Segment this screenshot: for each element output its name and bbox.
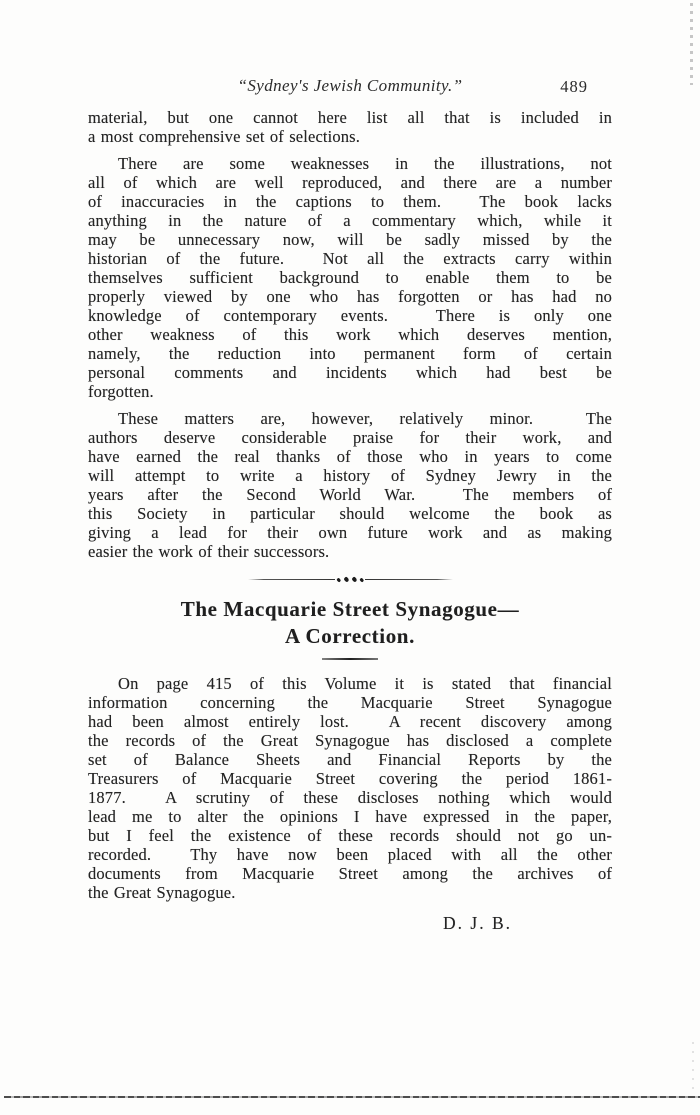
text-line: 1877. A scrutiny of these discloses noth… xyxy=(88,788,612,807)
scan-right-edge-artifact-bottom xyxy=(692,1042,694,1092)
text-line: recorded. Thy have now been placed with … xyxy=(88,845,612,864)
text-line: lead me to alter the opinions I have exp… xyxy=(88,807,612,826)
review-section-body: material, but one cannot here list all t… xyxy=(88,108,612,561)
heading-rule xyxy=(322,658,378,660)
text-line: easier the work of their successors. xyxy=(88,542,612,561)
text-line: may be unnecessary now, will be sadly mi… xyxy=(88,230,612,249)
text-line: information concerning the Macquarie Str… xyxy=(88,693,612,712)
section-divider-ornament xyxy=(248,576,453,583)
running-title: “Sydney's Jewish Community.” xyxy=(238,76,463,95)
divider-line-left xyxy=(248,579,336,580)
paragraph: There are some weaknesses in the illustr… xyxy=(88,154,612,401)
divider-dots xyxy=(337,577,363,582)
text-line: all of which are well reproduced, and th… xyxy=(88,173,612,192)
text-line: personal comments and incidents which ha… xyxy=(88,363,612,382)
text-line: this Society in particular should welcom… xyxy=(88,504,612,523)
text-line: will attempt to write a history of Sydne… xyxy=(88,466,612,485)
divider-line-right xyxy=(365,579,453,580)
running-head: “Sydney's Jewish Community.” 489 xyxy=(88,76,612,96)
text-line: anything in the nature of a commentary w… xyxy=(88,211,612,230)
text-line: had been almost entirely lost. A recent … xyxy=(88,712,612,731)
text-line: but I feel the existence of these record… xyxy=(88,826,612,845)
text-line: have earned the real thanks of those who… xyxy=(88,447,612,466)
paragraph: On page 415 of this Volume it is stated … xyxy=(88,674,612,902)
text-line: years after the Second World War. The me… xyxy=(88,485,612,504)
text-line: the records of the Great Synagogue has d… xyxy=(88,731,612,750)
section-heading: The Macquarie Street Synagogue— A Correc… xyxy=(88,596,612,660)
text-line: forgotten. xyxy=(88,382,612,401)
text-line: of inaccuracies in the captions to them.… xyxy=(88,192,612,211)
text-line: themselves sufficient background to enab… xyxy=(88,268,612,287)
scan-right-edge-artifact-top xyxy=(690,3,693,85)
text-line: namely, the reduction into permanent for… xyxy=(88,344,612,363)
text-line: giving a lead for their own future work … xyxy=(88,523,612,542)
text-line: Treasurers of Macquarie Street covering … xyxy=(88,769,612,788)
text-line: set of Balance Sheets and Financial Repo… xyxy=(88,750,612,769)
text-line: authors deserve considerable praise for … xyxy=(88,428,612,447)
text-line: historian of the future. Not all the ext… xyxy=(88,249,612,268)
section-heading-line2: A Correction. xyxy=(88,623,612,650)
text-line: documents from Macquarie Street among th… xyxy=(88,864,612,883)
text-line: These matters are, however, relatively m… xyxy=(88,409,612,428)
divider-dot xyxy=(337,577,341,581)
page-number: 489 xyxy=(560,77,588,97)
text-line: knowledge of contemporary events. There … xyxy=(88,306,612,325)
text-column: “Sydney's Jewish Community.” 489 materia… xyxy=(88,0,612,934)
text-line: On page 415 of this Volume it is stated … xyxy=(88,674,612,693)
correction-section-body: On page 415 of this Volume it is stated … xyxy=(88,674,612,902)
text-line: a most comprehensive set of selections. xyxy=(88,127,612,146)
text-line: There are some weaknesses in the illustr… xyxy=(88,154,612,173)
divider-dot xyxy=(351,576,357,582)
text-line: the Great Synagogue. xyxy=(88,883,612,902)
divider-dot xyxy=(343,576,349,582)
text-line: material, but one cannot here list all t… xyxy=(88,108,612,127)
paragraph: material, but one cannot here list all t… xyxy=(88,108,612,146)
scan-bottom-edge-artifact xyxy=(4,1096,700,1098)
scanned-book-page: “Sydney's Jewish Community.” 489 materia… xyxy=(0,0,700,1115)
section-heading-line1: The Macquarie Street Synagogue— xyxy=(88,596,612,623)
text-line: other weakness of this work which deserv… xyxy=(88,325,612,344)
author-initials-signature: D. J. B. xyxy=(88,913,612,934)
paragraph: These matters are, however, relatively m… xyxy=(88,409,612,561)
text-line: properly viewed by one who has forgotten… xyxy=(88,287,612,306)
divider-dot xyxy=(359,577,363,581)
